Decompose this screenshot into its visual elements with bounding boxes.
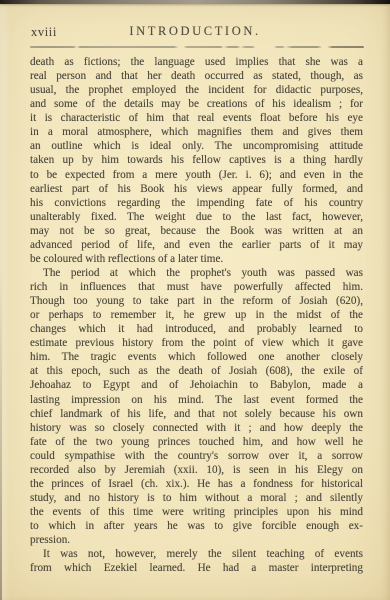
text-line: real person and that her death occurred … — [30, 69, 363, 83]
text-line: taken up by him towards his fellow capti… — [30, 153, 363, 167]
text-line: may not be so great, because the Book wa… — [30, 224, 363, 238]
text-line: could sympathise with the country's sorr… — [30, 449, 363, 463]
text-line: it is characteristic of him that real ev… — [30, 111, 363, 125]
text-line: to be expected from a mere youth (Jer. i… — [30, 168, 363, 182]
text-line: usual, the prophet employed the incident… — [30, 83, 363, 97]
book-page: xviii INTRODUCTION. death as fictions; t… — [0, 0, 390, 600]
text-line: advanced period of life, and even the ea… — [30, 238, 363, 252]
paragraph: It was not, however, merely the silent t… — [30, 547, 363, 575]
page-left-edge-shadow — [0, 270, 2, 600]
text-line: pression. — [30, 533, 363, 547]
text-line: unalterably fixed. The weight due to the… — [30, 210, 363, 224]
text-line: chief landmark of his life, and that not… — [30, 407, 363, 421]
text-line: in a moral atmosphere, which magnifies t… — [30, 125, 363, 139]
text-line: It was not, however, merely the silent t… — [30, 547, 363, 561]
running-title: INTRODUCTION. — [0, 24, 390, 39]
text-line: the princes of Israel (ch. xix.). He has… — [30, 477, 363, 491]
text-line: be coloured with reflections of a later … — [30, 252, 363, 266]
text-line: earliest part of his Book his views appe… — [30, 182, 363, 196]
paragraph: The period at which the prophet's youth … — [30, 266, 363, 547]
text-line: estimate previous history from the point… — [30, 336, 363, 350]
header-rule — [30, 46, 364, 48]
text-line: to which in after years he was to give f… — [30, 519, 363, 533]
text-line: an outline which is ideal only. The unco… — [30, 139, 363, 153]
text-line: recorded also by Jeremiah (xxii. 10), is… — [30, 463, 363, 477]
text-line: Though too young to take part in the ref… — [30, 294, 363, 308]
text-line: fate of the two young princes touched hi… — [30, 435, 363, 449]
page-header: xviii INTRODUCTION. — [0, 24, 390, 44]
text-line: from which Ezekiel learned. He had a mas… — [30, 561, 363, 575]
text-line: the events of this time were writing pri… — [30, 505, 363, 519]
text-line: his convictions regarding the impending … — [30, 196, 363, 210]
text-line: death as fictions; the language used imp… — [30, 55, 363, 69]
text-line: history was so closely connected with it… — [30, 421, 363, 435]
text-line: Jehoahaz to Egypt and of Jehoiachin to B… — [30, 378, 363, 392]
text-line: lasting impression on his mind. The last… — [30, 393, 363, 407]
text-line: him. The tragic events which followed on… — [30, 350, 363, 364]
text-line: and some of the details may be creations… — [30, 97, 363, 111]
page-top-edge-shadow — [0, 0, 390, 4]
paragraph: death as fictions; the language used imp… — [30, 55, 363, 266]
text-line: The period at which the prophet's youth … — [30, 266, 363, 280]
page-text: death as fictions; the language used imp… — [30, 55, 363, 575]
text-line: or perhaps to remember it, he grew up in… — [30, 308, 363, 322]
text-line: at this epoch, such as the death of Josi… — [30, 364, 363, 378]
text-line: study, and no history is to him without … — [30, 491, 363, 505]
text-line: rich in influences that must have powerf… — [30, 280, 363, 294]
text-line: changes which it had introduced, and pro… — [30, 322, 363, 336]
